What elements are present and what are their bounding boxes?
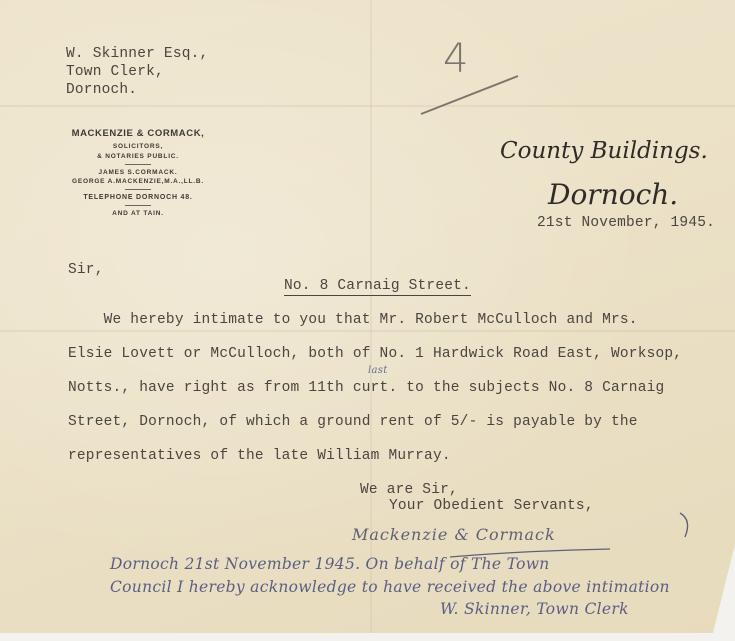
body-line: Street, Dornoch, of which a ground rent …	[68, 414, 638, 430]
letter-paper: 4 W. Skinner Esq., Town Clerk, Dornoch. …	[0, 0, 735, 633]
body-line: We hereby intimate to you that Mr. Rober…	[68, 312, 638, 328]
divider	[125, 189, 151, 190]
firm-notaries: & NOTARIES PUBLIC.	[58, 153, 218, 160]
body-line: representatives of the late William Murr…	[68, 448, 451, 464]
subject-heading: No. 8 Carnaig Street.	[284, 278, 471, 296]
acknowledgement-line2: Council I hereby acknowledge to have rec…	[110, 578, 670, 596]
partner-2: GEORGE A.MACKENZIE,M.A.,LL.B.	[58, 178, 218, 185]
letter-date: 21st November, 1945.	[537, 215, 715, 231]
body-line: Notts., have right as from 11th curt. to…	[68, 380, 664, 396]
acknowledgement-line1: Dornoch 21st November 1945. On behalf of…	[110, 555, 550, 573]
divider	[125, 205, 151, 206]
telephone: TELEPHONE DORNOCH 48.	[58, 194, 218, 201]
addressee-name: W. Skinner Esq.,	[66, 46, 208, 62]
pencil-stroke-icon	[418, 72, 523, 117]
acknowledgement-signature: W. Skinner, Town Clerk	[440, 600, 629, 618]
engraved-address-line1: County Buildings.	[500, 138, 708, 164]
closing-line1: We are Sir,	[360, 482, 458, 498]
firm-solicitors: SOLICITORS,	[58, 143, 218, 150]
engraved-address-line2: Dornoch.	[548, 178, 678, 211]
addressee-town: Dornoch.	[66, 82, 137, 98]
firm-name: MACKENZIE & CORMACK,	[58, 128, 218, 139]
branch-office: AND AT TAIN.	[58, 210, 218, 217]
interlinear-note: last	[368, 365, 388, 376]
divider	[125, 164, 151, 165]
signature-flourish-icon	[380, 505, 700, 560]
partner-1: JAMES S.CORMACK.	[58, 169, 218, 176]
body-line: Elsie Lovett or McCulloch, both of No. 1…	[68, 346, 682, 362]
addressee-title: Town Clerk,	[66, 64, 164, 80]
salutation: Sir,	[68, 262, 104, 278]
letterhead: MACKENZIE & CORMACK, SOLICITORS, & NOTAR…	[58, 128, 218, 217]
